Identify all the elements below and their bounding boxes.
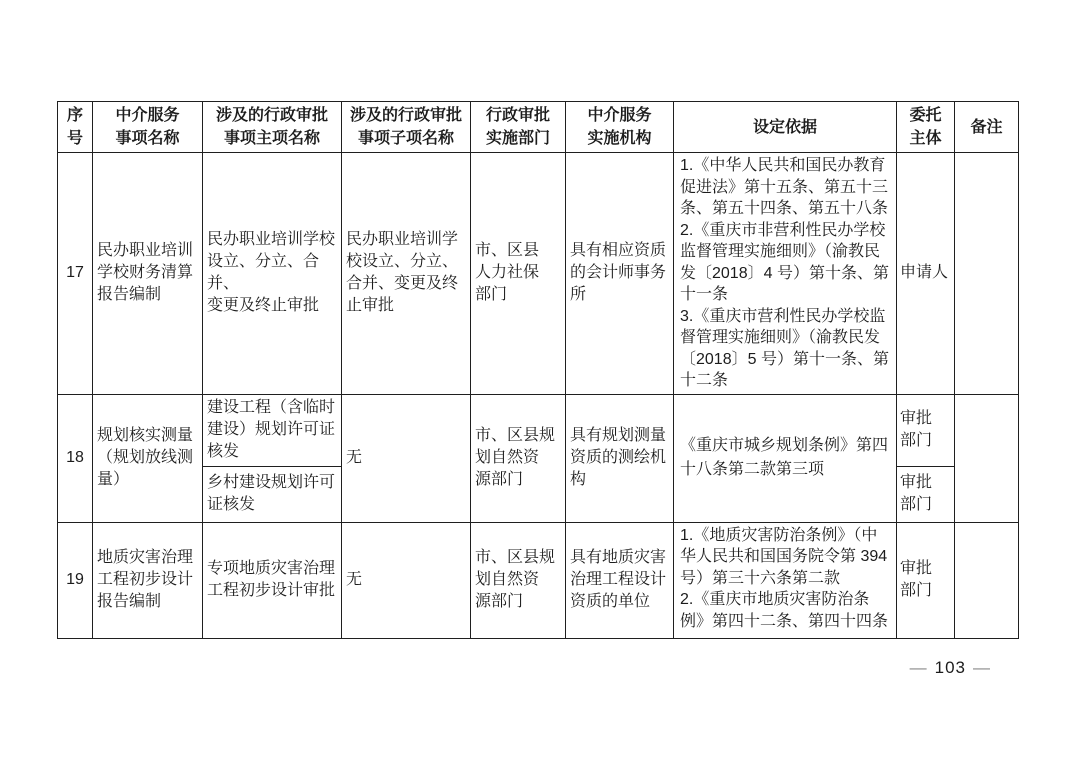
page-number-right-dash: —	[966, 658, 998, 677]
cell-r17-principal: 申请人	[897, 153, 955, 395]
cell-r19-service-agency: 具有地质灾害 治理工程设计 资质的单位	[566, 522, 674, 638]
cell-r19-basis: 1.《地质灾害防治条例》（中 华人民共和国国务院令第 394 号）第三十六条第二…	[674, 522, 897, 638]
cell-r18-sub-item: 无	[342, 394, 471, 522]
table-row-18-upper: 18 规划核实测量 （规划放线测 量） 建设工程（含临时 建设）规划许可证 核发…	[58, 394, 1019, 466]
cell-r18-remarks	[955, 394, 1019, 522]
cell-r19-principal: 审批 部门	[897, 522, 955, 638]
header-serial-number: 序 号	[58, 102, 93, 153]
cell-r19-service-name: 地质灾害治理 工程初步设计 报告编制	[93, 522, 203, 638]
document-page: { "document": { "footer": { "dash": "—",…	[0, 0, 1074, 757]
cell-r18-principal-a: 审批 部门	[897, 394, 955, 466]
cell-r18-principal-b: 审批 部门	[897, 466, 955, 522]
cell-r17-service-name: 民办职业培训 学校财务清算 报告编制	[93, 153, 203, 395]
intermediary-services-table: 序 号 中介服务 事项名称 涉及的行政审批 事项主项名称 涉及的行政审批 事项子…	[57, 101, 1019, 639]
header-main-approval-item: 涉及的行政审批 事项主项名称	[203, 102, 342, 153]
cell-r19-approval-dept: 市、区县规 划自然资 源部门	[471, 522, 566, 638]
header-sub-approval-item: 涉及的行政审批 事项子项名称	[342, 102, 471, 153]
header-entrusting-principal: 委托 主体	[897, 102, 955, 153]
cell-r17-main-item: 民办职业培训学校 设立、分立、合并、 变更及终止审批	[203, 153, 342, 395]
cell-r18-approval-dept: 市、区县规 划自然资 源部门	[471, 394, 566, 522]
header-service-name: 中介服务 事项名称	[93, 102, 203, 153]
cell-r17-serial: 17	[58, 153, 93, 395]
cell-r18-service-agency: 具有规划测量 资质的测绘机 构	[566, 394, 674, 522]
header-remarks: 备注	[955, 102, 1019, 153]
header-approval-department: 行政审批 实施部门	[471, 102, 566, 153]
table-header-row: 序 号 中介服务 事项名称 涉及的行政审批 事项主项名称 涉及的行政审批 事项子…	[58, 102, 1019, 153]
cell-r18-service-name: 规划核实测量 （规划放线测 量）	[93, 394, 203, 522]
cell-r18-main-item-b: 乡村建设规划许可 证核发	[203, 466, 342, 522]
cell-r19-serial: 19	[58, 522, 93, 638]
cell-r18-serial: 18	[58, 394, 93, 522]
page-number-value: 103	[935, 658, 966, 677]
header-setting-basis: 设定依据	[674, 102, 897, 153]
cell-r17-approval-dept: 市、区县 人力社保 部门	[471, 153, 566, 395]
table-row-17: 17 民办职业培训 学校财务清算 报告编制 民办职业培训学校 设立、分立、合并、…	[58, 153, 1019, 395]
table-row-19: 19 地质灾害治理 工程初步设计 报告编制 专项地质灾害治理 工程初步设计审批 …	[58, 522, 1019, 638]
cell-r17-sub-item: 民办职业培训学 校设立、分立、 合并、变更及终 止审批	[342, 153, 471, 395]
cell-r17-service-agency: 具有相应资质 的会计师事务 所	[566, 153, 674, 395]
cell-r17-remarks	[955, 153, 1019, 395]
page-number: —103—	[903, 657, 998, 679]
cell-r19-sub-item: 无	[342, 522, 471, 638]
cell-r19-main-item: 专项地质灾害治理 工程初步设计审批	[203, 522, 342, 638]
page-number-left-dash: —	[903, 658, 935, 677]
cell-r18-main-item-a: 建设工程（含临时 建设）规划许可证 核发	[203, 394, 342, 466]
cell-r18-basis: 《重庆市城乡规划条例》第四 十八条第二款第三项	[674, 394, 897, 522]
cell-r19-remarks	[955, 522, 1019, 638]
cell-r17-basis: 1.《中华人民共和国民办教育 促进法》第十五条、第五十三 条、第五十四条、第五十…	[674, 153, 897, 395]
header-service-agency: 中介服务 实施机构	[566, 102, 674, 153]
